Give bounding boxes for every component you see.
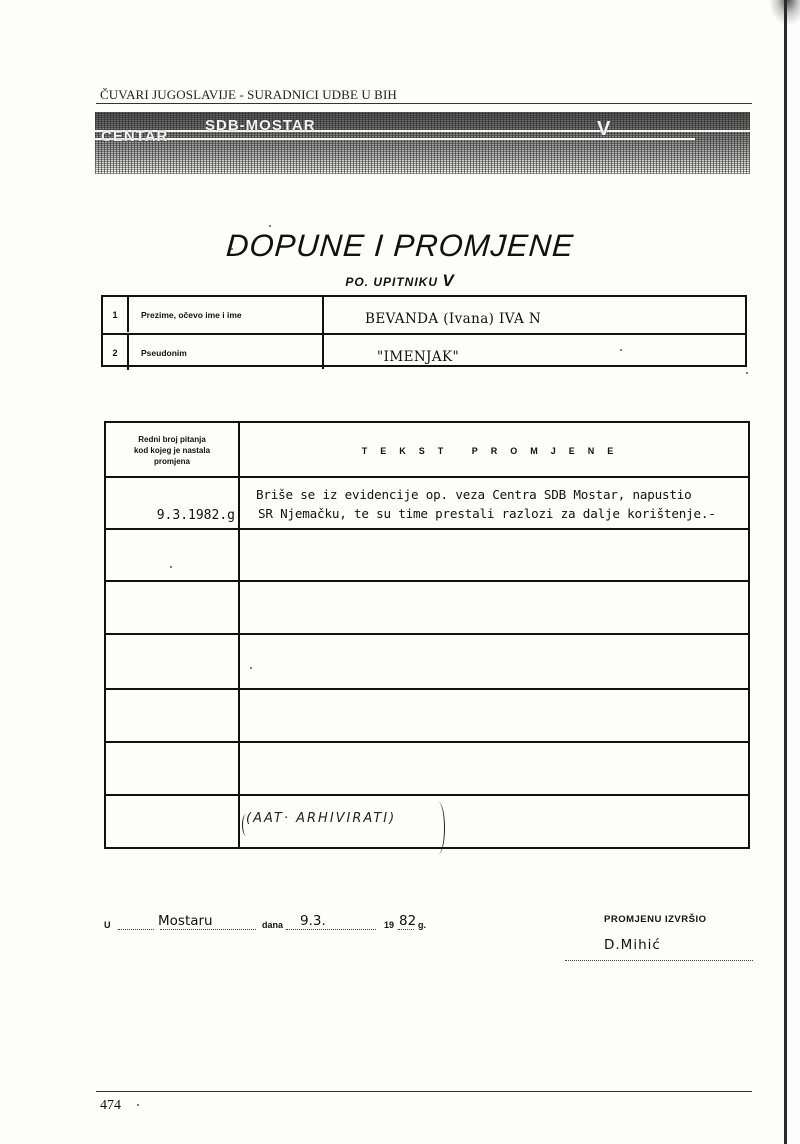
signature-line	[565, 960, 753, 961]
row-separator	[106, 741, 748, 743]
signature-name: D.Mihić	[604, 937, 661, 953]
form-title: DOPUNE I PROMJENE	[0, 228, 800, 264]
field-label-name: Prezime, očevo ime i ime	[141, 297, 242, 332]
stamp-rule	[95, 130, 750, 132]
column-divider	[322, 297, 324, 369]
form-subtitle-text: PO. UPITNIKU	[345, 275, 438, 289]
entry-question-date: 9.3.1982.g	[106, 508, 235, 523]
handwritten-note: (AAT· ARHIVIRATI)	[246, 811, 396, 826]
row-number: 1	[103, 297, 129, 332]
row-number: 2	[103, 335, 129, 370]
page-edge	[784, 0, 787, 1144]
identity-table: 1 Prezime, očevo ime i ime BEVANDA (Ivan…	[101, 295, 747, 367]
header-line: promjena	[134, 456, 210, 467]
scan-speck	[231, 248, 233, 250]
entry-text-line: SR Njemačku, te su time prestali razlozi…	[256, 504, 736, 523]
dotted-fill	[118, 929, 154, 930]
scan-speck	[250, 667, 252, 669]
field-label-pseudonym: Pseudonim	[141, 335, 187, 370]
changes-table: Redni broj pitanja kod kojeg je nastala …	[104, 421, 750, 849]
year-suffix: g.	[418, 920, 426, 930]
page-number: 474	[100, 1098, 121, 1114]
scan-speck	[137, 1104, 139, 1106]
identity-row: 1 Prezime, očevo ime i ime BEVANDA (Ivan…	[103, 297, 745, 332]
form-subtitle: PO. UPITNIKU V	[0, 271, 800, 291]
field-value-pseudonym: "IMENJAK"	[377, 335, 459, 370]
header-line: Redni broj pitanja	[134, 434, 210, 445]
day-label: dana	[262, 920, 283, 930]
row-separator	[106, 476, 748, 478]
dotted-fill	[398, 929, 414, 930]
scan-speck	[269, 225, 271, 227]
field-value-name: BEVANDA (Ivana) IVA N	[365, 297, 541, 332]
row-separator	[106, 688, 748, 690]
place-date-line: U Mostaru dana 9.3. 19 82 g.	[104, 912, 464, 934]
header-line: kod kojeg je nastala	[134, 445, 210, 456]
row-separator	[106, 528, 748, 530]
form-subtitle-roman: V	[442, 271, 454, 290]
row-separator	[106, 794, 748, 796]
stamp-text-sdb: SDB-MOSTAR	[205, 117, 316, 134]
stamp-text-centar: CENTAR	[101, 128, 168, 145]
year-value: 82	[399, 913, 416, 929]
row-separator	[106, 633, 748, 635]
stamp-text-v: V	[597, 118, 611, 141]
scan-speck	[746, 372, 748, 374]
entry-text-line: Briše se iz evidencije op. veza Centra S…	[256, 485, 736, 504]
date-value: 9.3.	[300, 913, 326, 929]
header-change-text: TEKST PROMJENE	[240, 423, 748, 478]
footer-rule	[96, 1091, 752, 1092]
running-head: ČUVARI JUGOSLAVIJE - SURADNICI UDBE U BI…	[100, 87, 397, 103]
header-rule	[96, 103, 752, 104]
entry-change-text: Briše se iz evidencije op. veza Centra S…	[256, 485, 736, 523]
year-prefix: 19	[384, 920, 394, 930]
scan-speck	[170, 566, 172, 568]
scan-speck	[620, 349, 622, 351]
dotted-fill	[160, 929, 256, 930]
handwritten-paren-close	[434, 802, 445, 854]
place-value: Mostaru	[158, 913, 213, 929]
stamp-band: CENTAR SDB-MOSTAR V	[95, 112, 750, 174]
column-divider	[238, 423, 240, 847]
identity-row: 2 Pseudonim "IMENJAK"	[103, 333, 745, 370]
header-question-number: Redni broj pitanja kod kojeg je nastala …	[106, 423, 238, 478]
row-separator	[106, 580, 748, 582]
dotted-fill	[286, 929, 376, 930]
place-prefix: U	[104, 920, 111, 930]
signature-label: PROMJENU IZVRŠIO	[604, 914, 707, 925]
